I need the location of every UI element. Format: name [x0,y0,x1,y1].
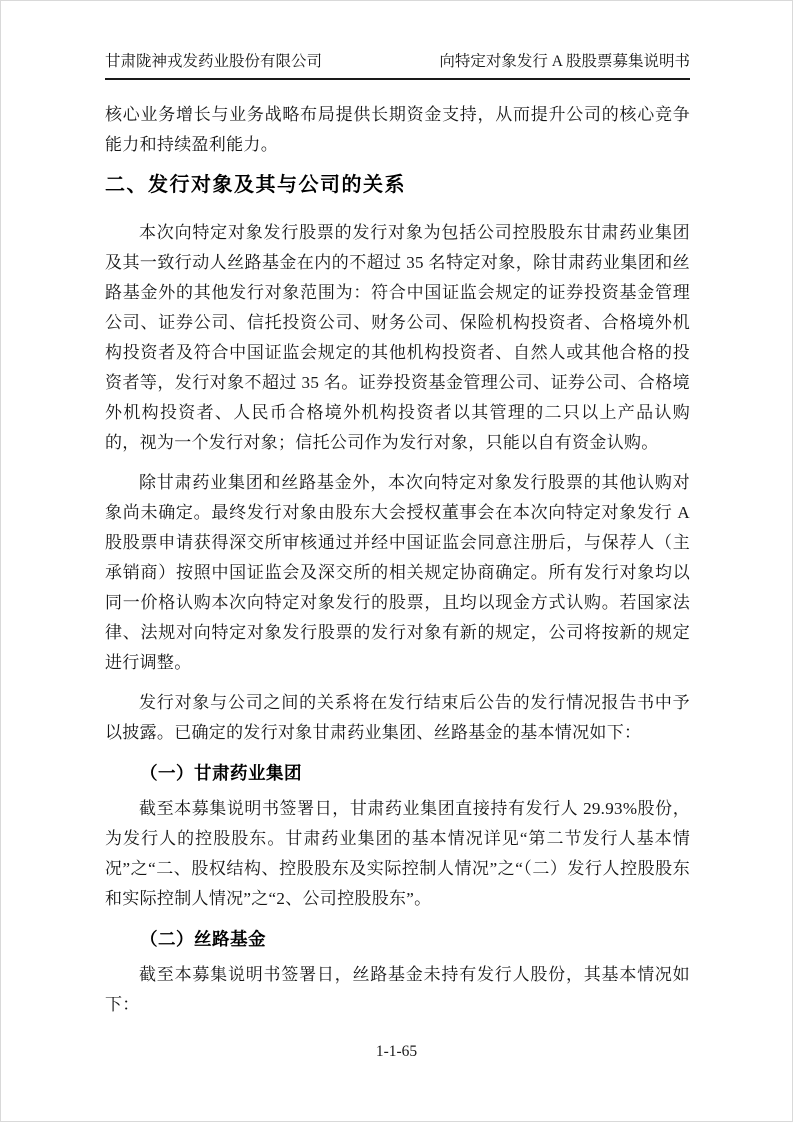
section-paragraph-3: 发行对象与公司之间的关系将在发行结束后公告的发行情况报告书中予以披露。已确定的发… [105,688,690,748]
subsection-title-silkroad-fund: （二）丝路基金 [105,924,690,954]
subsection-paragraph-silkroad-fund: 截至本募集说明书签署日，丝路基金未持有发行人股份，其基本情况如下： [105,960,690,1020]
page-header: 甘肃陇神戎发药业股份有限公司 向特定对象发行 A 股股票募集说明书 [105,51,690,80]
header-doc-title: 向特定对象发行 A 股股票募集说明书 [439,51,690,73]
section-paragraph-2: 除甘肃药业集团和丝路基金外，本次向特定对象发行股票的其他认购对象尚未确定。最终发… [105,468,690,678]
subsection-title-gansu-pharma: （一）甘肃药业集团 [105,758,690,788]
header-company-name: 甘肃陇神戎发药业股份有限公司 [105,51,322,73]
page-number: 1-1-65 [376,1043,417,1060]
intro-paragraph: 核心业务增长与业务战略布局提供长期资金支持，从而提升公司的核心竞争能力和持续盈利… [105,100,690,160]
page-footer: 1-1-65 [1,1043,792,1061]
section-paragraph-1: 本次向特定对象发行股票的发行对象为包括公司控股股东甘肃药业集团及其一致行动人丝路… [105,218,690,458]
page-body: 核心业务增长与业务战略布局提供长期资金支持，从而提升公司的核心竞争能力和持续盈利… [105,78,690,1030]
section-title: 二、发行对象及其与公司的关系 [105,170,690,200]
subsection-paragraph-gansu-pharma: 截至本募集说明书签署日，甘肃药业集团直接持有发行人 29.93%股份，为发行人的… [105,794,690,914]
document-page: 甘肃陇神戎发药业股份有限公司 向特定对象发行 A 股股票募集说明书 核心业务增长… [0,0,793,1122]
